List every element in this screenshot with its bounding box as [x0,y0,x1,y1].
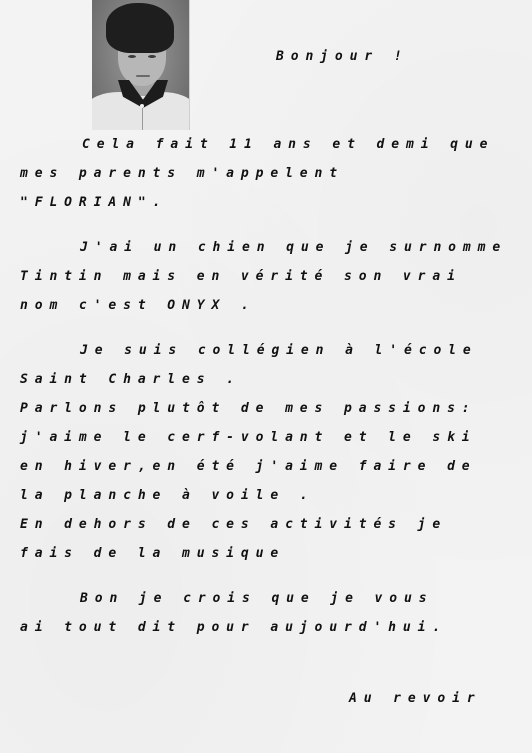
photo-placket [142,108,143,130]
paragraph-3-line-8: fais de la musique [20,546,285,562]
paragraph-2-line-3: nom c'est ONYX . [20,298,256,314]
paragraph-3-line-1: Je suis collégien à l'école [80,343,478,359]
portrait-photo [92,0,190,130]
greeting: Bonjour ! [276,49,409,65]
photo-eye-left [128,55,136,58]
paragraph-4-line-1: Bon je crois que je vous [80,591,433,607]
closing: Au revoir [349,691,482,707]
photo-hair [106,3,174,53]
paragraph-1-line-1: Cela fait 11 ans et demi que [82,137,494,153]
letter-page: Bonjour ! Cela fait 11 ans et demi que m… [0,0,532,753]
paragraph-2-line-2: Tintin mais en vérité son vrai [20,269,462,285]
paragraph-1-line-2: mes parents m'appelent [20,166,344,182]
paragraph-1-line-3: "FLORIAN". [20,195,167,211]
paragraph-3-line-5: en hiver,en été j'aime faire de [20,459,477,475]
photo-eye-right [148,55,156,58]
photo-button [140,104,144,108]
paragraph-3-line-3: Parlons plutôt de mes passions: [20,401,477,417]
paragraph-4-line-2: ai tout dit pour aujourd'hui. [20,620,447,636]
paragraph-2-line-1: J'ai un chien que je surnomme [80,240,507,256]
photo-mouth [136,75,150,77]
paragraph-3-line-4: j'aime le cerf-volant et le ski [20,430,477,446]
paragraph-3-line-6: la planche à voile . [20,488,315,504]
paragraph-3-line-2: Saint Charles . [20,372,241,388]
paragraph-3-line-7: En dehors de ces activités je [20,517,447,533]
